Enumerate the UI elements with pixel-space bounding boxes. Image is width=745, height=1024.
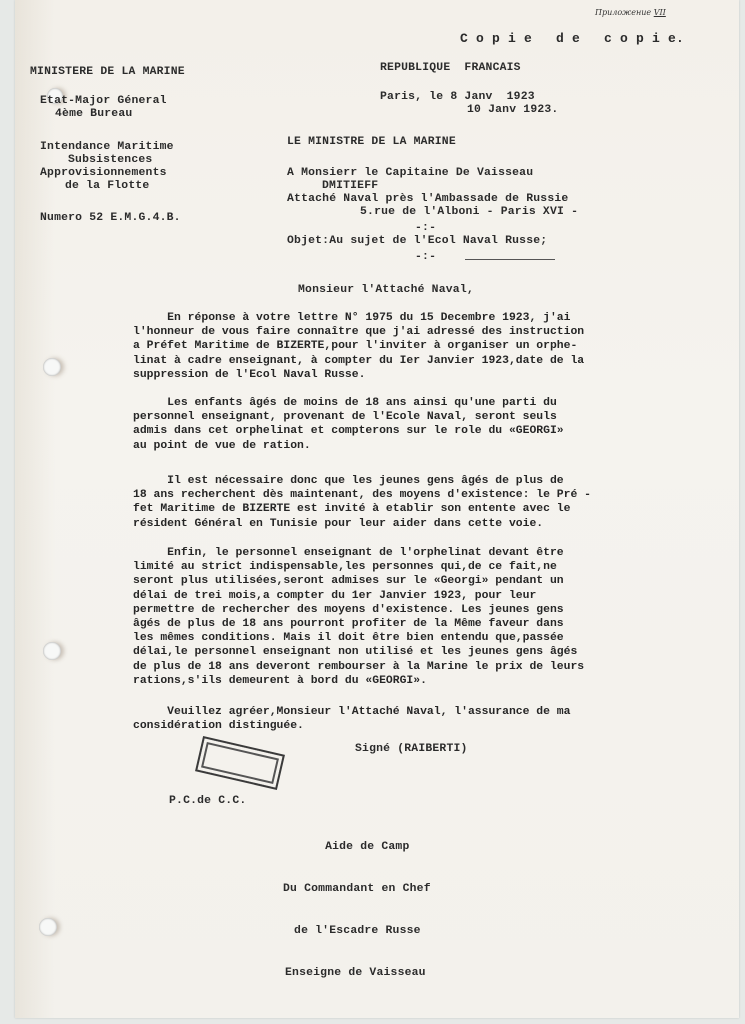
paragraph-line: Il est nécessaire donc que les jeunes ge…: [133, 474, 733, 488]
certifier-line: Aide de Camp: [283, 840, 431, 854]
certifier-line: Du Commandant en Chef: [283, 882, 431, 896]
paragraph-line: fet Maritime de BIZERTE est invité à eta…: [133, 502, 733, 516]
paragraph-line: considération distinguée.: [133, 719, 733, 733]
punch-hole: [43, 642, 61, 660]
punch-hole: [39, 918, 57, 936]
ministry-heading: MINISTERE DE LA MARINE: [30, 66, 185, 79]
addressee-line: Attaché Naval près l'Ambassade de Russie: [287, 193, 568, 206]
paragraph-line: rations,s'ils demeurent à bord du «GEORG…: [133, 674, 733, 688]
copy-label: C o p i e d e c o p i e.: [460, 32, 684, 45]
service-line: Approvisionnements: [40, 167, 167, 180]
paragraph-line: Les enfants âgés de moins de 18 ans ains…: [133, 396, 733, 410]
salutation: Monsieur l'Attaché Naval,: [298, 284, 474, 297]
addressee-address: 5.rue de l'Alboni - Paris XVI -: [360, 206, 578, 219]
date-line: Paris, le 8 Janv 1923: [380, 91, 535, 104]
staff-line: 4ème Bureau: [55, 108, 132, 121]
separator: -:-: [415, 251, 436, 264]
service-line: Intendance Maritime: [40, 141, 174, 154]
paragraph-line: a Préfet Maritime de BIZERTE,pour l'invi…: [133, 339, 733, 353]
paragraph-line: délai de trei mois,a compter du 1er Janv…: [133, 589, 733, 603]
stamp-mark: [195, 736, 285, 790]
republic-heading: REPUBLIQUE FRANCAIS: [380, 62, 521, 75]
paragraph-line: En réponse à votre lettre N° 1975 du 15 …: [133, 311, 733, 325]
separator: -:-: [415, 222, 436, 235]
paragraph-line: de plus de 18 ans deveront rembourser à …: [133, 660, 733, 674]
handwritten-note-numeral: VII: [654, 8, 666, 17]
service-line: de la Flotte: [65, 180, 149, 193]
service-line: Subsistences: [68, 154, 152, 167]
handwritten-note-text: Приложение: [595, 8, 651, 17]
paragraph-line: résident Général en Tunisie pour leur ai…: [133, 517, 733, 531]
paragraph-4: Enfin, le personnel enseignant de l'orph…: [133, 546, 733, 688]
paragraph-line: admis dans cet orphelinat et compterons …: [133, 424, 733, 438]
certification-label: P.C.de C.C.: [169, 795, 246, 808]
paragraph-line: délai,le personnel enseignant non utilis…: [133, 645, 733, 659]
certifier-line: de l'Escadre Russe: [283, 924, 431, 938]
punch-hole: [43, 358, 61, 376]
addressee-line: A Monsierr le Capitaine De Vaisseau: [287, 167, 533, 180]
addressee-name: DMITIEFF: [322, 180, 378, 193]
handwritten-note: Приложение VII: [595, 8, 666, 17]
paragraph-line: âgés de plus de 18 ans pourront profiter…: [133, 617, 733, 631]
paragraph-line: au point de vue de ration.: [133, 439, 733, 453]
certifier-block: Aide de Camp Du Commandant en Chef de l'…: [283, 812, 431, 1008]
paragraph-line: Veuillez agréer,Monsieur l'Attaché Naval…: [133, 705, 733, 719]
reference-number: Numero 52 E.M.G.4.B.: [40, 212, 181, 225]
paragraph-1: En réponse à votre lettre N° 1975 du 15 …: [133, 311, 733, 382]
subject-line: Objet:Au sujet de l'Ecol Naval Russe;: [287, 235, 547, 248]
paragraph-line: limité au strict indispensable,les perso…: [133, 560, 733, 574]
underline-mark: [465, 259, 555, 260]
paragraph-line: suppression de l'Ecol Naval Russe.: [133, 368, 733, 382]
paragraph-line: personnel enseignant, provenant de l'Eco…: [133, 410, 733, 424]
paragraph-2: Les enfants âgés de moins de 18 ans ains…: [133, 396, 733, 453]
paragraph-3: Il est nécessaire donc que les jeunes ge…: [133, 474, 733, 531]
paragraph-line: les mêmes conditions. Mais il doit être …: [133, 631, 733, 645]
closing-paragraph: Veuillez agréer,Monsieur l'Attaché Naval…: [133, 705, 733, 733]
document-page: Приложение VII C o p i e d e c o p i e. …: [15, 0, 739, 1018]
paragraph-line: permettre de rechercher des moyens d'exi…: [133, 603, 733, 617]
sender-heading: LE MINISTRE DE LA MARINE: [287, 136, 456, 149]
certifier-line: Enseigne de Vaisseau: [283, 966, 431, 980]
signature: Signé (RAIBERTI): [355, 743, 468, 756]
paragraph-line: linat à cadre enseignant, à compter du I…: [133, 354, 733, 368]
date-line: 10 Janv 1923.: [467, 104, 558, 117]
paragraph-line: Enfin, le personnel enseignant de l'orph…: [133, 546, 733, 560]
paragraph-line: l'honneur de vous faire connaître que j'…: [133, 325, 733, 339]
paragraph-line: 18 ans recherchent dès maintenant, des m…: [133, 488, 733, 502]
paragraph-line: seront plus utilisées,seront admises sur…: [133, 574, 733, 588]
staff-line: Etat-Major Géneral: [40, 95, 167, 108]
